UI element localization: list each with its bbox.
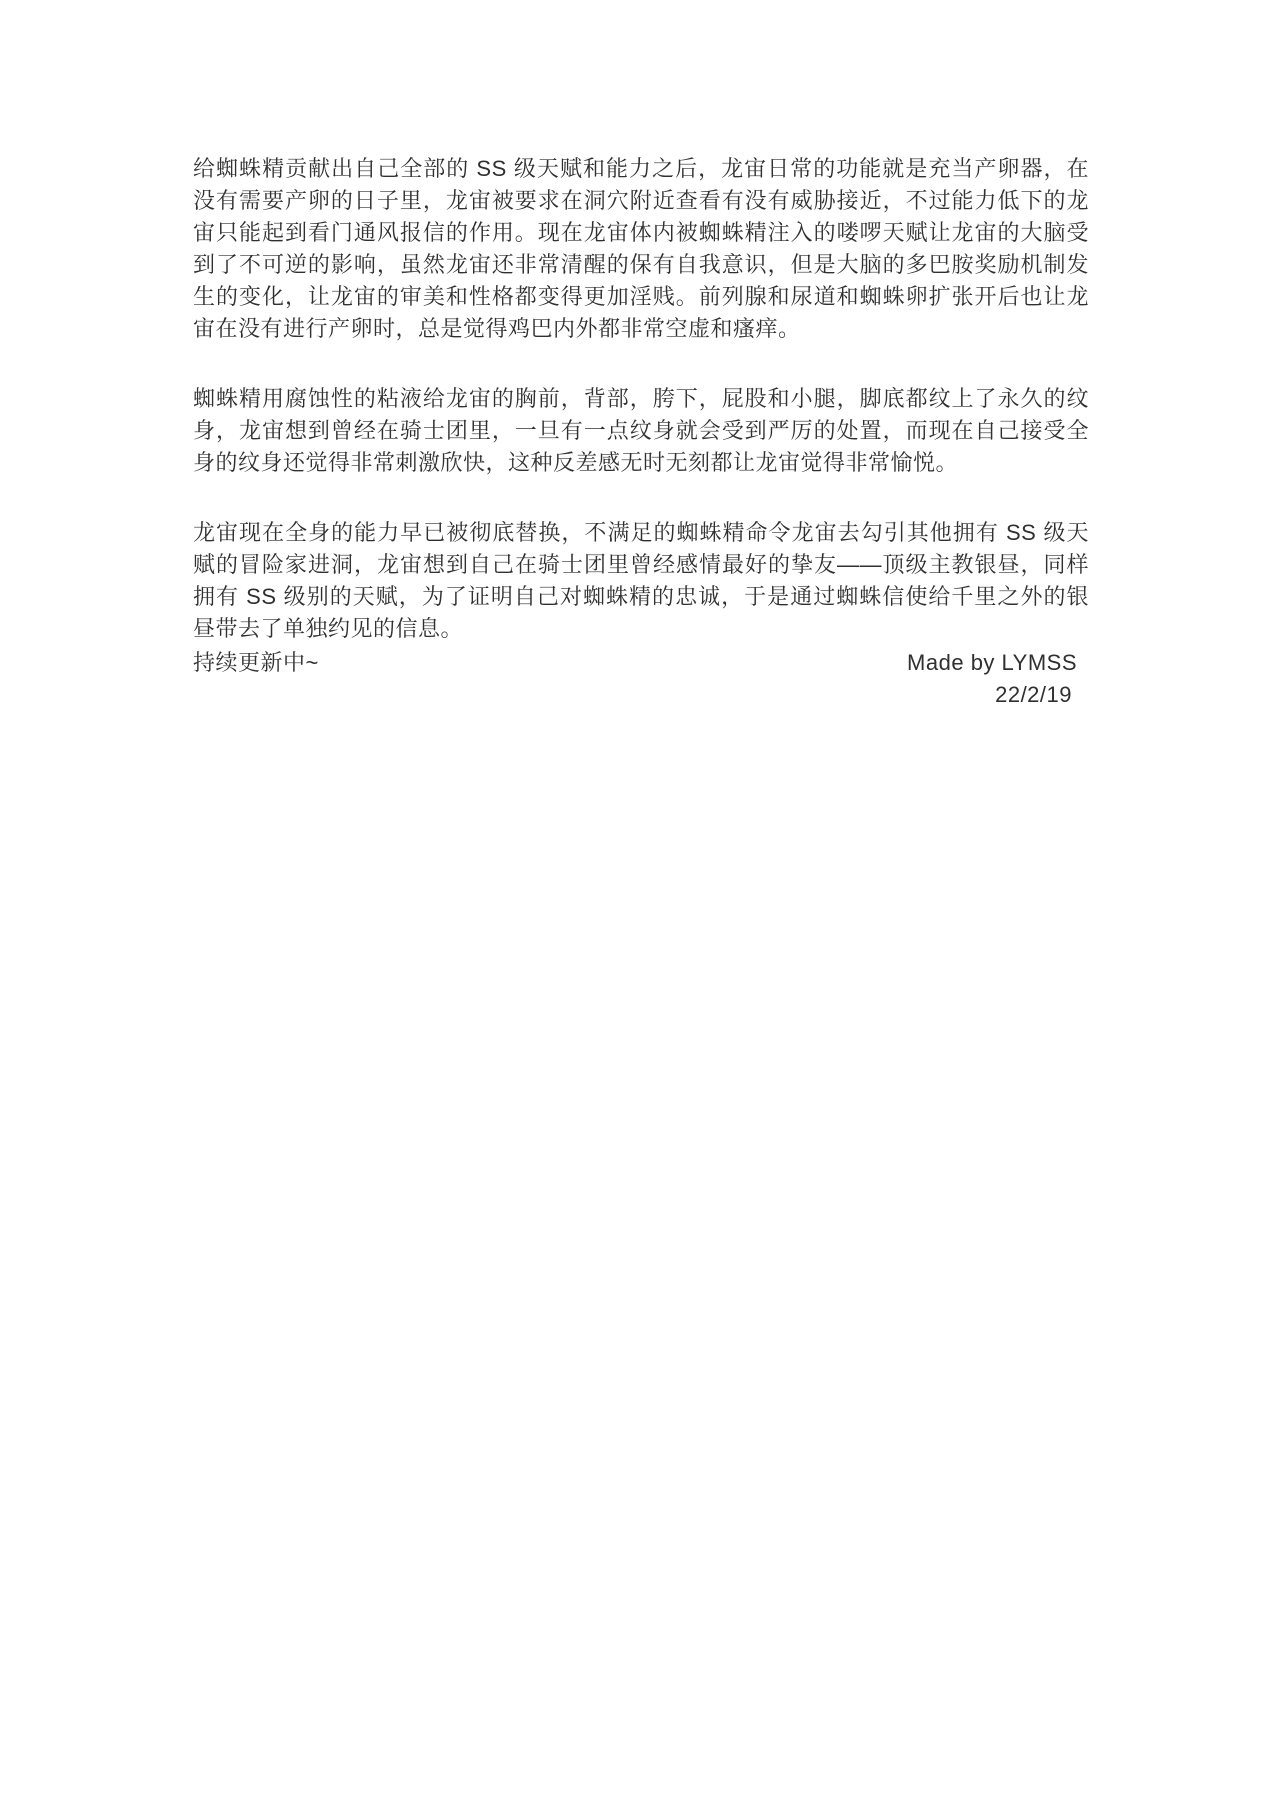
update-status-note: 持续更新中~ [193, 647, 319, 679]
paragraph-1: 给蜘蛛精贡献出自己全部的 SS 级天赋和能力之后，龙宙日常的功能就是充当产卵器，… [193, 153, 1089, 345]
paragraph-2: 蜘蛛精用腐蚀性的粘液给龙宙的胸前，背部，胯下，屁股和小腿，脚底都纹上了永久的纹身… [193, 383, 1089, 479]
document-date: 22/2/19 [193, 679, 1089, 711]
paragraph-3: 龙宙现在全身的能力早已被彻底替换，不满足的蜘蛛精命令龙宙去勾引其他拥有 SS 级… [193, 517, 1089, 645]
author-credit: Made by LYMSS [907, 647, 1077, 679]
document-page: 给蜘蛛精贡献出自己全部的 SS 级天赋和能力之后，龙宙日常的功能就是充当产卵器，… [0, 0, 1280, 1810]
footer-row: 持续更新中~ Made by LYMSS [193, 647, 1089, 679]
document-body: 给蜘蛛精贡献出自己全部的 SS 级天赋和能力之后，龙宙日常的功能就是充当产卵器，… [193, 153, 1089, 711]
